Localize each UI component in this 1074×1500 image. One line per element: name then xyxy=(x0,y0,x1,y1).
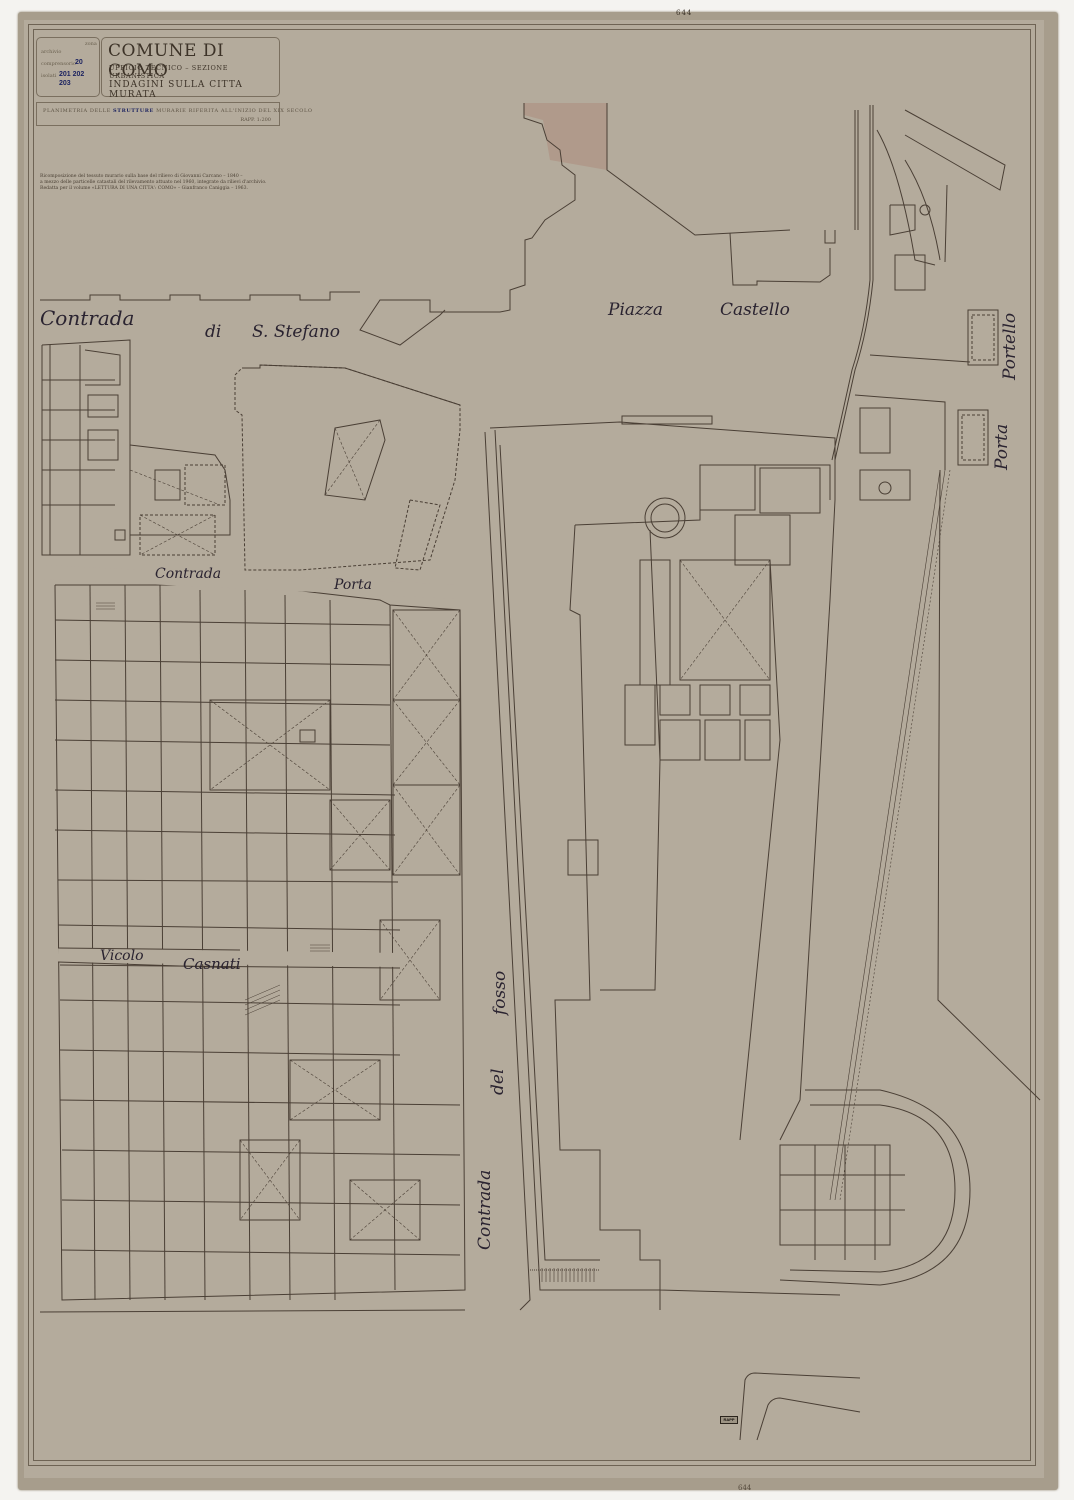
label-contrada-fosso: Contrada xyxy=(475,1170,495,1250)
rapp-stamp: RAPP xyxy=(720,1416,738,1424)
block-porta-casnati xyxy=(55,585,465,1300)
castle-outer-wall xyxy=(490,422,835,500)
church-outline xyxy=(360,103,575,345)
building-large-courtyard xyxy=(235,365,460,570)
church-shaded-area xyxy=(524,103,607,170)
label-porta-street: Porta xyxy=(334,577,372,593)
label-casnati: Casnati xyxy=(183,955,241,973)
label-porta: Porta xyxy=(992,424,1012,470)
label-vicolo: Vicolo xyxy=(100,948,144,964)
map-drawing xyxy=(0,0,1074,1500)
block-s-stefano xyxy=(42,340,230,555)
label-piazza: Piazza xyxy=(608,300,663,320)
contrada-s-stefano-edge xyxy=(40,292,360,300)
label-s-stefano: S. Stefano xyxy=(252,322,340,342)
label-del: del xyxy=(488,1069,508,1095)
label-fosso: fosso xyxy=(490,971,510,1015)
label-contrada-porta: Contrada xyxy=(155,566,221,582)
label-contrada-s-stefano: Contrada xyxy=(40,306,134,330)
label-portello: Portello xyxy=(1000,313,1020,380)
label-di: di xyxy=(205,322,221,342)
label-castello: Castello xyxy=(720,300,790,320)
